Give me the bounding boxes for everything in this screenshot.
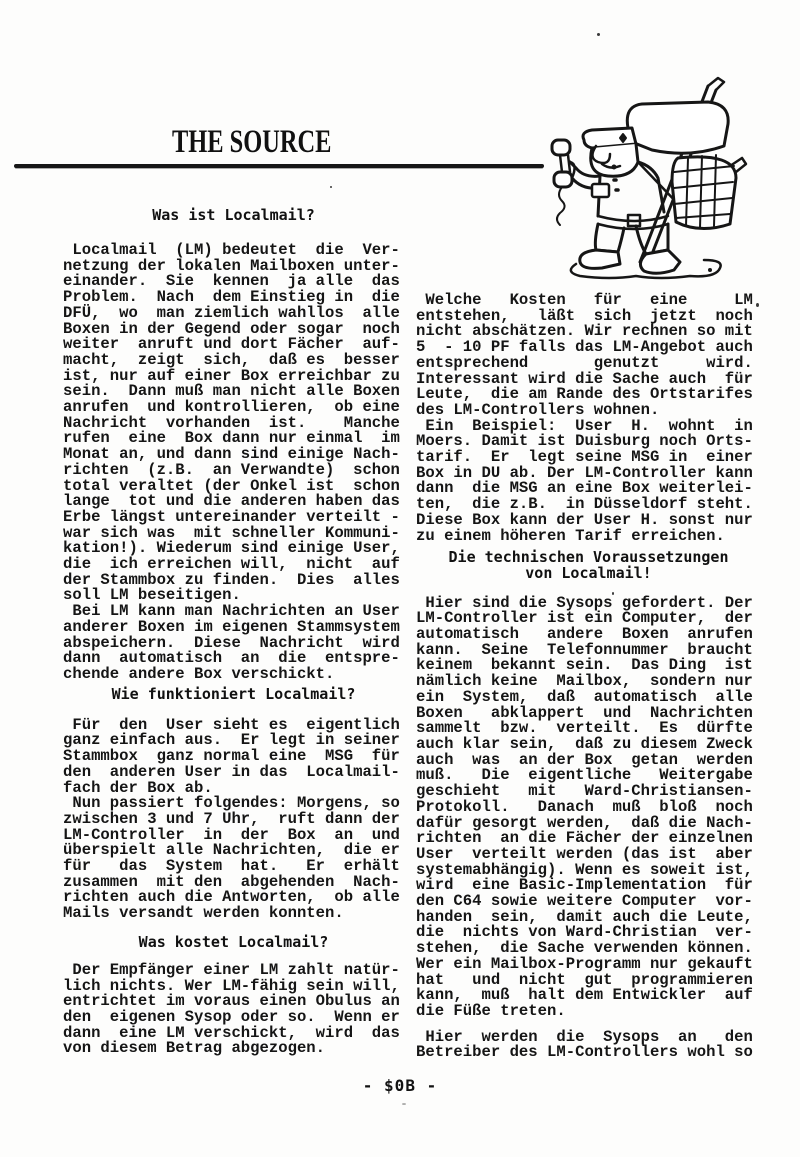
right-column: Welche Kosten für eine LM entstehen, läß… bbox=[416, 293, 761, 1061]
scan-speck bbox=[597, 33, 600, 36]
left-column: Was ist Localmail? Localmail (LM) bedeut… bbox=[63, 207, 404, 1057]
scan-speck bbox=[756, 303, 759, 307]
paragraph-lm-controller-technik: Hier sind die Sysops gefordert. Der LM-C… bbox=[416, 596, 761, 1020]
title-rule bbox=[14, 164, 544, 168]
scan-speck bbox=[330, 186, 332, 188]
bagpiper-telephone-illustration bbox=[540, 66, 770, 280]
paragraph-sysops-betreiber: Hier werden die Sysops an den Betreiber … bbox=[416, 1030, 761, 1061]
page-title: THE SOURCE bbox=[172, 126, 331, 159]
scan-speck bbox=[612, 592, 614, 595]
heading-was-ist-localmail: Was ist Localmail? bbox=[63, 207, 404, 224]
scan-speck bbox=[402, 1103, 406, 1105]
heading-was-kostet-localmail: Was kostet Localmail? bbox=[63, 934, 404, 951]
paragraph-localmail-intro: Localmail (LM) bedeutet die Ver- netzung… bbox=[63, 243, 404, 683]
paragraph-kosten-empfaenger: Der Empfänger einer LM zahlt natür- lich… bbox=[63, 963, 404, 1057]
footer-page-number: - $0B - bbox=[0, 1076, 800, 1095]
scanned-fanzine-page: { "colors": { "ink": "#161616", "paper":… bbox=[0, 0, 800, 1157]
paragraph-kosten-beispiel: Welche Kosten für eine LM entstehen, läß… bbox=[416, 293, 761, 544]
heading-technische-voraussetzungen: Die technischen Voraussetzungen von Loca… bbox=[416, 550, 761, 581]
heading-wie-funktioniert-localmail: Wie funktioniert Localmail? bbox=[63, 686, 404, 703]
paragraph-funktionsweise: Für den User sieht es eigentlich ganz ei… bbox=[63, 718, 404, 922]
